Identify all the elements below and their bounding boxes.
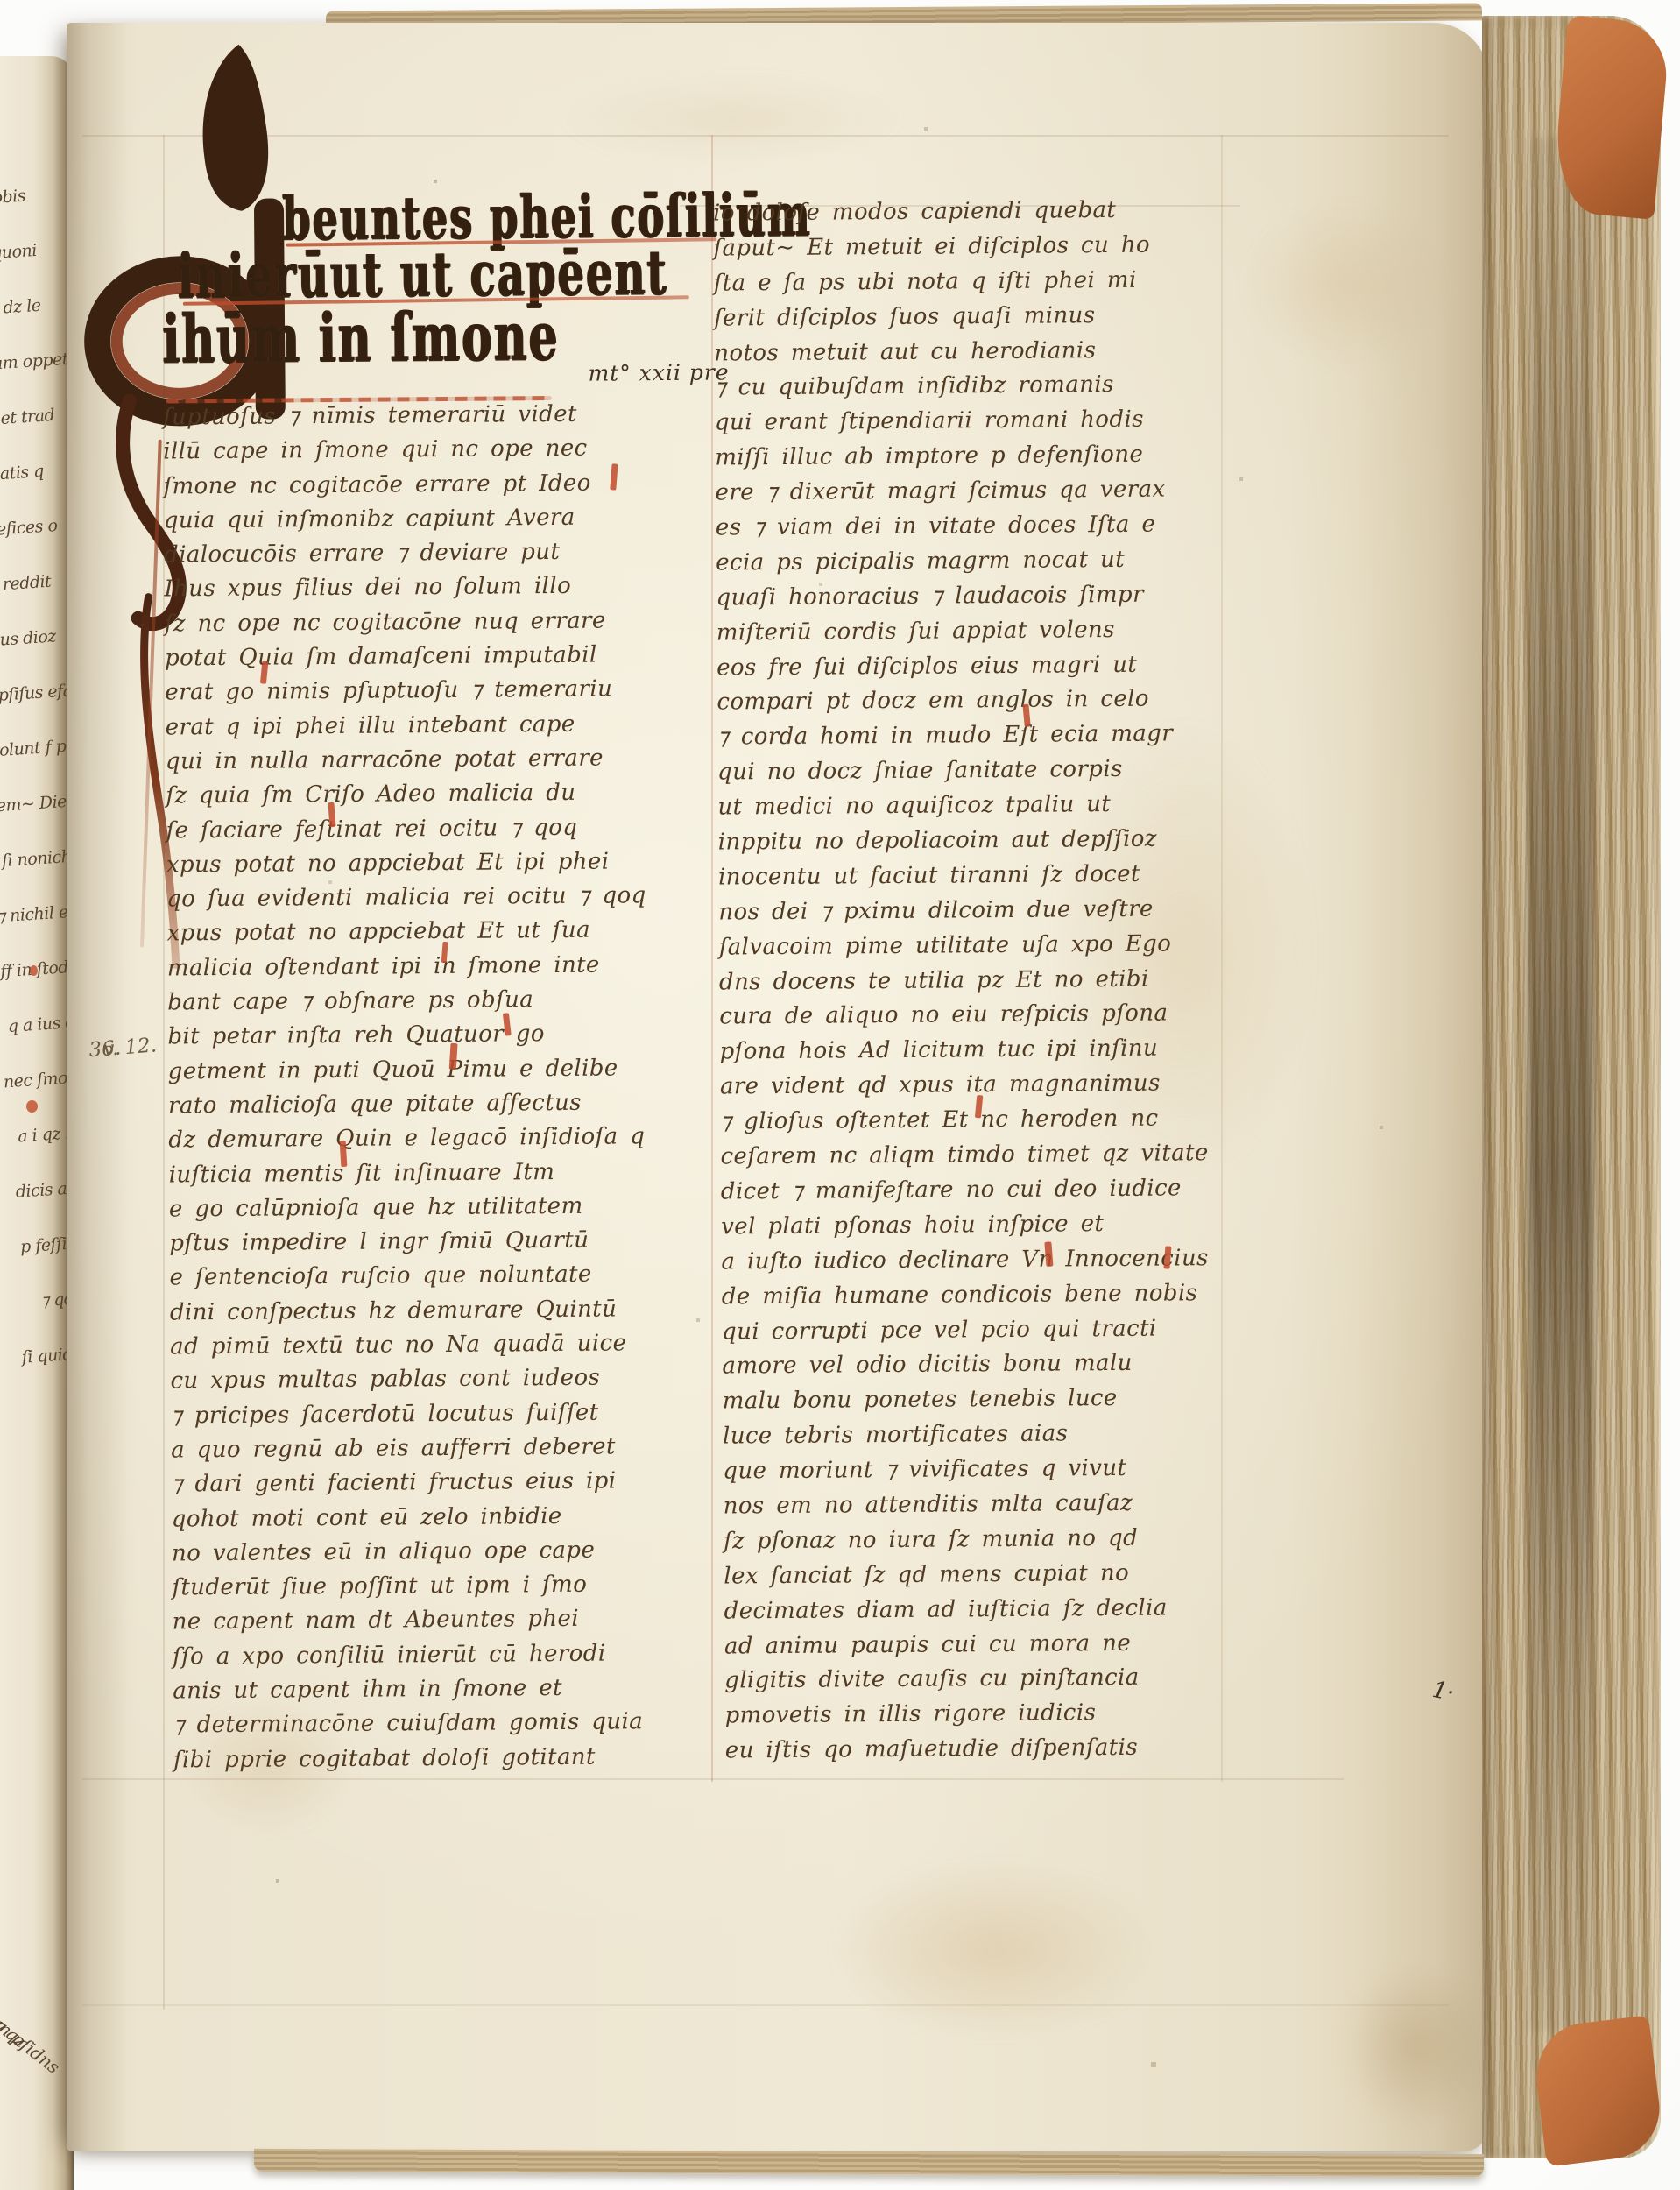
text-line: ne capent nam dt Abeuntes phei bbox=[173, 1601, 681, 1640]
manuscript-page: beuntes phei cōſiliūm inierūut ut capēen… bbox=[67, 23, 1489, 2151]
text-line: dini conſpectus hz demurare Quintū bbox=[170, 1292, 678, 1331]
text-line: dicet ⁊ manifeſtare no cui deo iudice bbox=[721, 1171, 1229, 1210]
text-line: luce tebris mortificates aias bbox=[723, 1416, 1231, 1454]
text-line: ⁊ pricipes ſacerdotū locutus fuiſſet bbox=[171, 1395, 679, 1434]
left-text-column: ſuptuoſus ⁊ nīmis temerariū videtillū ca… bbox=[163, 397, 681, 1777]
vertical-ruling-line bbox=[711, 135, 713, 1782]
text-layer: beuntes phei cōſiliūm inierūut ut capēen… bbox=[60, 18, 1499, 2158]
text-line: ⁊ cu quibuſdam inſidibz romanis bbox=[714, 367, 1222, 406]
text-line: ad animu paupis cui cu mora ne bbox=[724, 1625, 1232, 1664]
text-line: qui corrupti pce vel pcio qui tracti bbox=[722, 1310, 1230, 1349]
text-line: ere ⁊ dixerūt magri ſcimus qa verax bbox=[715, 472, 1223, 511]
facing-page-text-fragment: prolunt f p bbox=[0, 737, 65, 797]
rubric-accent bbox=[503, 1013, 512, 1036]
bottom-page-edges bbox=[254, 2149, 1484, 2177]
text-line: qui no docz ſniae ſanitate corpis bbox=[717, 752, 1225, 790]
text-line: ſe ſaciare feſtinat rei ocitu ⁊ qoq bbox=[166, 809, 674, 848]
rubric-accent bbox=[1044, 1241, 1053, 1267]
parchment-stain bbox=[1205, 172, 1486, 399]
text-line: ecia ps picipalis magrm nocat ut bbox=[716, 542, 1224, 581]
red-ink-speck bbox=[26, 1100, 38, 1113]
heading-line-3: ihūm in ſmone bbox=[162, 298, 560, 378]
text-line: ⁊ determinacōne cuiuſdam gomis quia bbox=[173, 1705, 681, 1743]
vertical-ruling-line bbox=[163, 135, 165, 2010]
red-margin-flourish bbox=[140, 440, 162, 948]
text-line: pſtus impedire l ingr ſmiū Quartū bbox=[169, 1223, 677, 1261]
facing-page-text-fragment: t habet trad bbox=[0, 406, 43, 467]
text-line: no valentes eū in aliquo ope cape bbox=[172, 1533, 680, 1572]
text-line: erat go nimis pſuptuoſu ⁊ temerariu bbox=[165, 672, 673, 710]
text-line: compari pt docz em anglos in celo bbox=[716, 682, 1225, 720]
ink-specks bbox=[67, 23, 68, 25]
text-line: iuſticia mentis ſit inſinuare Itm bbox=[169, 1154, 677, 1192]
fore-edge-weathered-streak bbox=[1528, 138, 1594, 2031]
parchment-stain bbox=[487, 58, 978, 180]
rubric-accent bbox=[441, 942, 448, 963]
margin-note: 36. v. 12. bbox=[88, 1034, 144, 1064]
text-line: cu xpus multas pablas cont iudeos bbox=[170, 1360, 678, 1399]
text-line: e go calūpnioſa que hz utilitatem bbox=[169, 1189, 677, 1227]
text-line: lex ſanciat ſz qd mens cupiat no bbox=[724, 1556, 1232, 1594]
text-line: ſtuderūt ſiue poſſint ut ipm i ſmo bbox=[172, 1567, 680, 1606]
initial-descender bbox=[123, 400, 180, 624]
text-line: ſz nc ope nc cogitacōne nuq errare bbox=[165, 604, 673, 642]
stray-pen-mark: 1· bbox=[1430, 1677, 1457, 1706]
text-line: inppitu no depoliacoim aut depſſioz bbox=[718, 822, 1226, 860]
text-line: nos dei ⁊ pximu dilcoim due veſtre bbox=[718, 892, 1226, 930]
facing-page-text-fragment: mbus dioz bbox=[0, 626, 58, 687]
text-line: ⁊ dari genti facienti fructus eius ipi bbox=[171, 1464, 679, 1502]
text-line: pmovetis in illis rigore iudicis bbox=[724, 1695, 1232, 1734]
rubric-underline bbox=[286, 237, 716, 246]
text-line: es ⁊ viam dei in vitate doces Iſta e bbox=[716, 507, 1224, 546]
heading-line-2: inierūut ut capēent bbox=[177, 237, 667, 313]
text-line: ⁊ corda homi in mudo Eſt ecia magr bbox=[717, 717, 1225, 755]
parchment-stain bbox=[767, 1827, 1223, 2073]
rubric-accent bbox=[340, 1141, 348, 1167]
text-line: ſerit diſciplos ſuos quaſi minus bbox=[714, 298, 1222, 336]
text-line: ſibi pprie cogitabat doloſi gotitant bbox=[173, 1739, 681, 1777]
text-line: getment in puti Quoū Pimu e delibe bbox=[168, 1051, 676, 1090]
text-line: qohot moti cont eū zelo inbidie bbox=[172, 1498, 680, 1537]
rubric-accent bbox=[975, 1095, 983, 1119]
initial-bowl bbox=[97, 269, 263, 413]
text-line: are vident qd xpus ita magnanimus bbox=[720, 1066, 1228, 1105]
rubric-accent bbox=[1163, 1246, 1171, 1268]
decorated-initial-A bbox=[65, 35, 344, 1000]
text-line: amore vel odio dicitis bonu malu bbox=[722, 1346, 1230, 1384]
initial-stem bbox=[254, 198, 286, 419]
text-line: que moriunt ⁊ vivificates q vivut bbox=[723, 1451, 1231, 1489]
text-line: a iuſto iudico declinare Vn Innocencius bbox=[721, 1241, 1229, 1280]
leather-cover-top-corner bbox=[1550, 15, 1670, 219]
text-line: de miſia humane condicois bene nobis bbox=[722, 1276, 1230, 1315]
text-line: dz demurare Quin e legacō inſidioſa q bbox=[168, 1120, 676, 1158]
rubric-accent bbox=[1022, 703, 1030, 727]
text-line: bit petar inſta reh Quatuor go bbox=[167, 1016, 675, 1055]
text-line: vel plati pſonas hoiu inſpice et bbox=[721, 1206, 1229, 1245]
text-line: ſaput~ Et metuit ei diſciplos cu ho bbox=[713, 228, 1221, 266]
horizontal-ruling-line bbox=[82, 2004, 1449, 2006]
facing-page-text-fragment: s ſi nonich bbox=[0, 847, 72, 908]
text-line: ad pimū textū tuc no Na quadā uice bbox=[170, 1326, 678, 1365]
heading-line-1: beuntes phei cōſiliūm bbox=[282, 180, 812, 253]
initial-tail-flourish bbox=[144, 597, 176, 964]
text-line: notos metuit aut cu herodianis bbox=[714, 333, 1222, 371]
horizontal-ruling-line bbox=[680, 205, 1240, 207]
facing-page-text-fragment: it ⁊ reddit bbox=[0, 572, 54, 632]
text-line: inocentu ut faciut tiranni ſz docet bbox=[718, 857, 1226, 895]
text-line: dns docens te utilia pz Et no etibi bbox=[719, 962, 1227, 1000]
text-line: nos em no attenditis mlta cauſaz bbox=[724, 1486, 1232, 1524]
rubric-squiggle bbox=[166, 396, 552, 403]
red-ink-speck bbox=[30, 965, 38, 976]
text-line: io doloſe modos capiendi quebat bbox=[713, 193, 1221, 231]
text-line: malu bonu ponetes tenebis luce bbox=[723, 1381, 1231, 1419]
text-line: a quo regnū ab eis aufferri deberet bbox=[171, 1430, 679, 1468]
text-line: qui in nulla narracōne potat errare bbox=[166, 741, 674, 780]
text-line: ſz pſonaz no iura ſz munia no qd bbox=[724, 1521, 1232, 1559]
text-line: quaſi honoracius ⁊ laudacois ſimpr bbox=[716, 577, 1224, 616]
text-line: bant cape ⁊ obſnare ps obſua bbox=[167, 982, 675, 1021]
book-fore-edge bbox=[1482, 16, 1661, 2158]
text-line: Ihus xpus filius dei no ſolum illo bbox=[164, 569, 672, 607]
text-line: ſalvacoim pime utilitate uſa xpo Ego bbox=[719, 927, 1227, 965]
facing-page-text-fragment: ſticiatis q bbox=[0, 462, 46, 522]
vertical-ruling-line bbox=[1221, 135, 1223, 1782]
right-text-column: io doloſe modos capiendi quebatſaput~ Et… bbox=[713, 193, 1233, 1770]
text-line: ſuptuoſus ⁊ nīmis temerariū videt bbox=[163, 397, 671, 435]
text-line: ⁊ glioſus oſtentet Et nc heroden nc bbox=[720, 1101, 1228, 1140]
text-line: ſta e ſa ps ubi nota q iſti phei mi bbox=[714, 263, 1222, 301]
text-line: anis ut capent ihm in ſmone et bbox=[173, 1671, 681, 1709]
text-line: cura de aliquo no eiu reſpicis pſona bbox=[719, 996, 1227, 1035]
facing-page-text-fragment: item~ Die d bbox=[0, 792, 68, 852]
text-line: eos fre ſui diſciplos eius magri ut bbox=[716, 647, 1225, 686]
parchment-stain bbox=[995, 618, 1372, 1284]
rubric-accent bbox=[260, 661, 268, 684]
manuscript-photo: Et nobisabus quonibitem dz leallorum opp… bbox=[0, 0, 1680, 2190]
text-line: gligitis divite cauſis cu pinſtancia bbox=[724, 1660, 1232, 1699]
text-line: ſz quia ſm Criſo Adeo malicia du bbox=[166, 775, 674, 814]
horizontal-ruling-line bbox=[82, 1778, 1344, 1780]
facing-page-text-fragment: ⁊ nichil ei bbox=[0, 902, 76, 963]
text-line: ſmone nc cogitacōe errare pt Ideo bbox=[163, 466, 671, 505]
initial-bowl-red bbox=[116, 288, 244, 394]
text-line: e ſentencioſa ruſcio que noluntate bbox=[169, 1257, 677, 1296]
facing-page-text-fragment: abus quoni bbox=[0, 241, 32, 301]
horizontal-ruling-line bbox=[82, 135, 1449, 137]
rubric-accent bbox=[610, 463, 618, 490]
text-line: xpus potat no appciebat Et ut ſua bbox=[166, 913, 674, 951]
text-line: xpus potat no appciebat Et ipi phei bbox=[166, 844, 674, 883]
rubric-accent bbox=[449, 1043, 458, 1070]
text-line: ceſarem nc aliqm timdo timet qz vitate bbox=[720, 1136, 1228, 1175]
rubric-underline bbox=[183, 295, 689, 306]
text-line: ut medici no aquiſicoz tpaliu ut bbox=[717, 787, 1225, 825]
margin-note-verse: v. 12. bbox=[102, 1032, 158, 1063]
text-line: miſteriū cordis ſui appiat volens bbox=[716, 612, 1225, 651]
initial-leaf-top bbox=[202, 45, 269, 212]
text-line: qo ſua evidenti malicia rei ocitu ⁊ qoq bbox=[166, 879, 674, 917]
text-line: ſſo a xpo conſiliū inierūt cū herodi bbox=[173, 1636, 681, 1675]
facing-page-text-fragment: Et nobis bbox=[0, 187, 28, 247]
facing-page-text-fragment: bitem dz le bbox=[0, 296, 36, 357]
facing-page-text-fragment: m pſiſus efa bbox=[0, 682, 61, 742]
text-line: illū cape in ſmone qui nc ope nec bbox=[163, 431, 671, 470]
text-line: potat Quia ſm damaſceni imputabil bbox=[165, 638, 673, 676]
text-line: miſſi illuc ab imptore p defenſione bbox=[715, 437, 1223, 476]
text-line: quia qui inſmonibz capiunt Avera bbox=[164, 500, 672, 539]
text-line: qui erant ſtipendiarii romani hodis bbox=[715, 402, 1223, 441]
chapter-reference: mt° xxii pre bbox=[588, 359, 729, 385]
text-line: rato malicioſa que pitate affectus bbox=[168, 1085, 676, 1124]
text-line: decimates diam ad iuſticia ſz declia bbox=[724, 1591, 1232, 1629]
text-line: dialocucōis errare ⁊ deviare put bbox=[164, 534, 672, 573]
text-line: pſona hois Ad licitum tuc ipi inſinu bbox=[719, 1031, 1227, 1070]
text-line: malicia oſtendant ipi in ſmone inte bbox=[167, 948, 675, 986]
text-line: erat q ipi phei illu intebant cape bbox=[166, 707, 674, 745]
text-line: eu iſtis qo maſuetudie diſpenſatis bbox=[725, 1730, 1233, 1769]
parchment-stain bbox=[145, 1670, 391, 1862]
rubric-accent bbox=[328, 802, 335, 827]
margin-note-figure: 36. bbox=[88, 1035, 122, 1064]
facing-page-text-fragment: malefices o bbox=[0, 517, 50, 577]
facing-page-text-fragment: allorum oppet bbox=[0, 351, 39, 412]
